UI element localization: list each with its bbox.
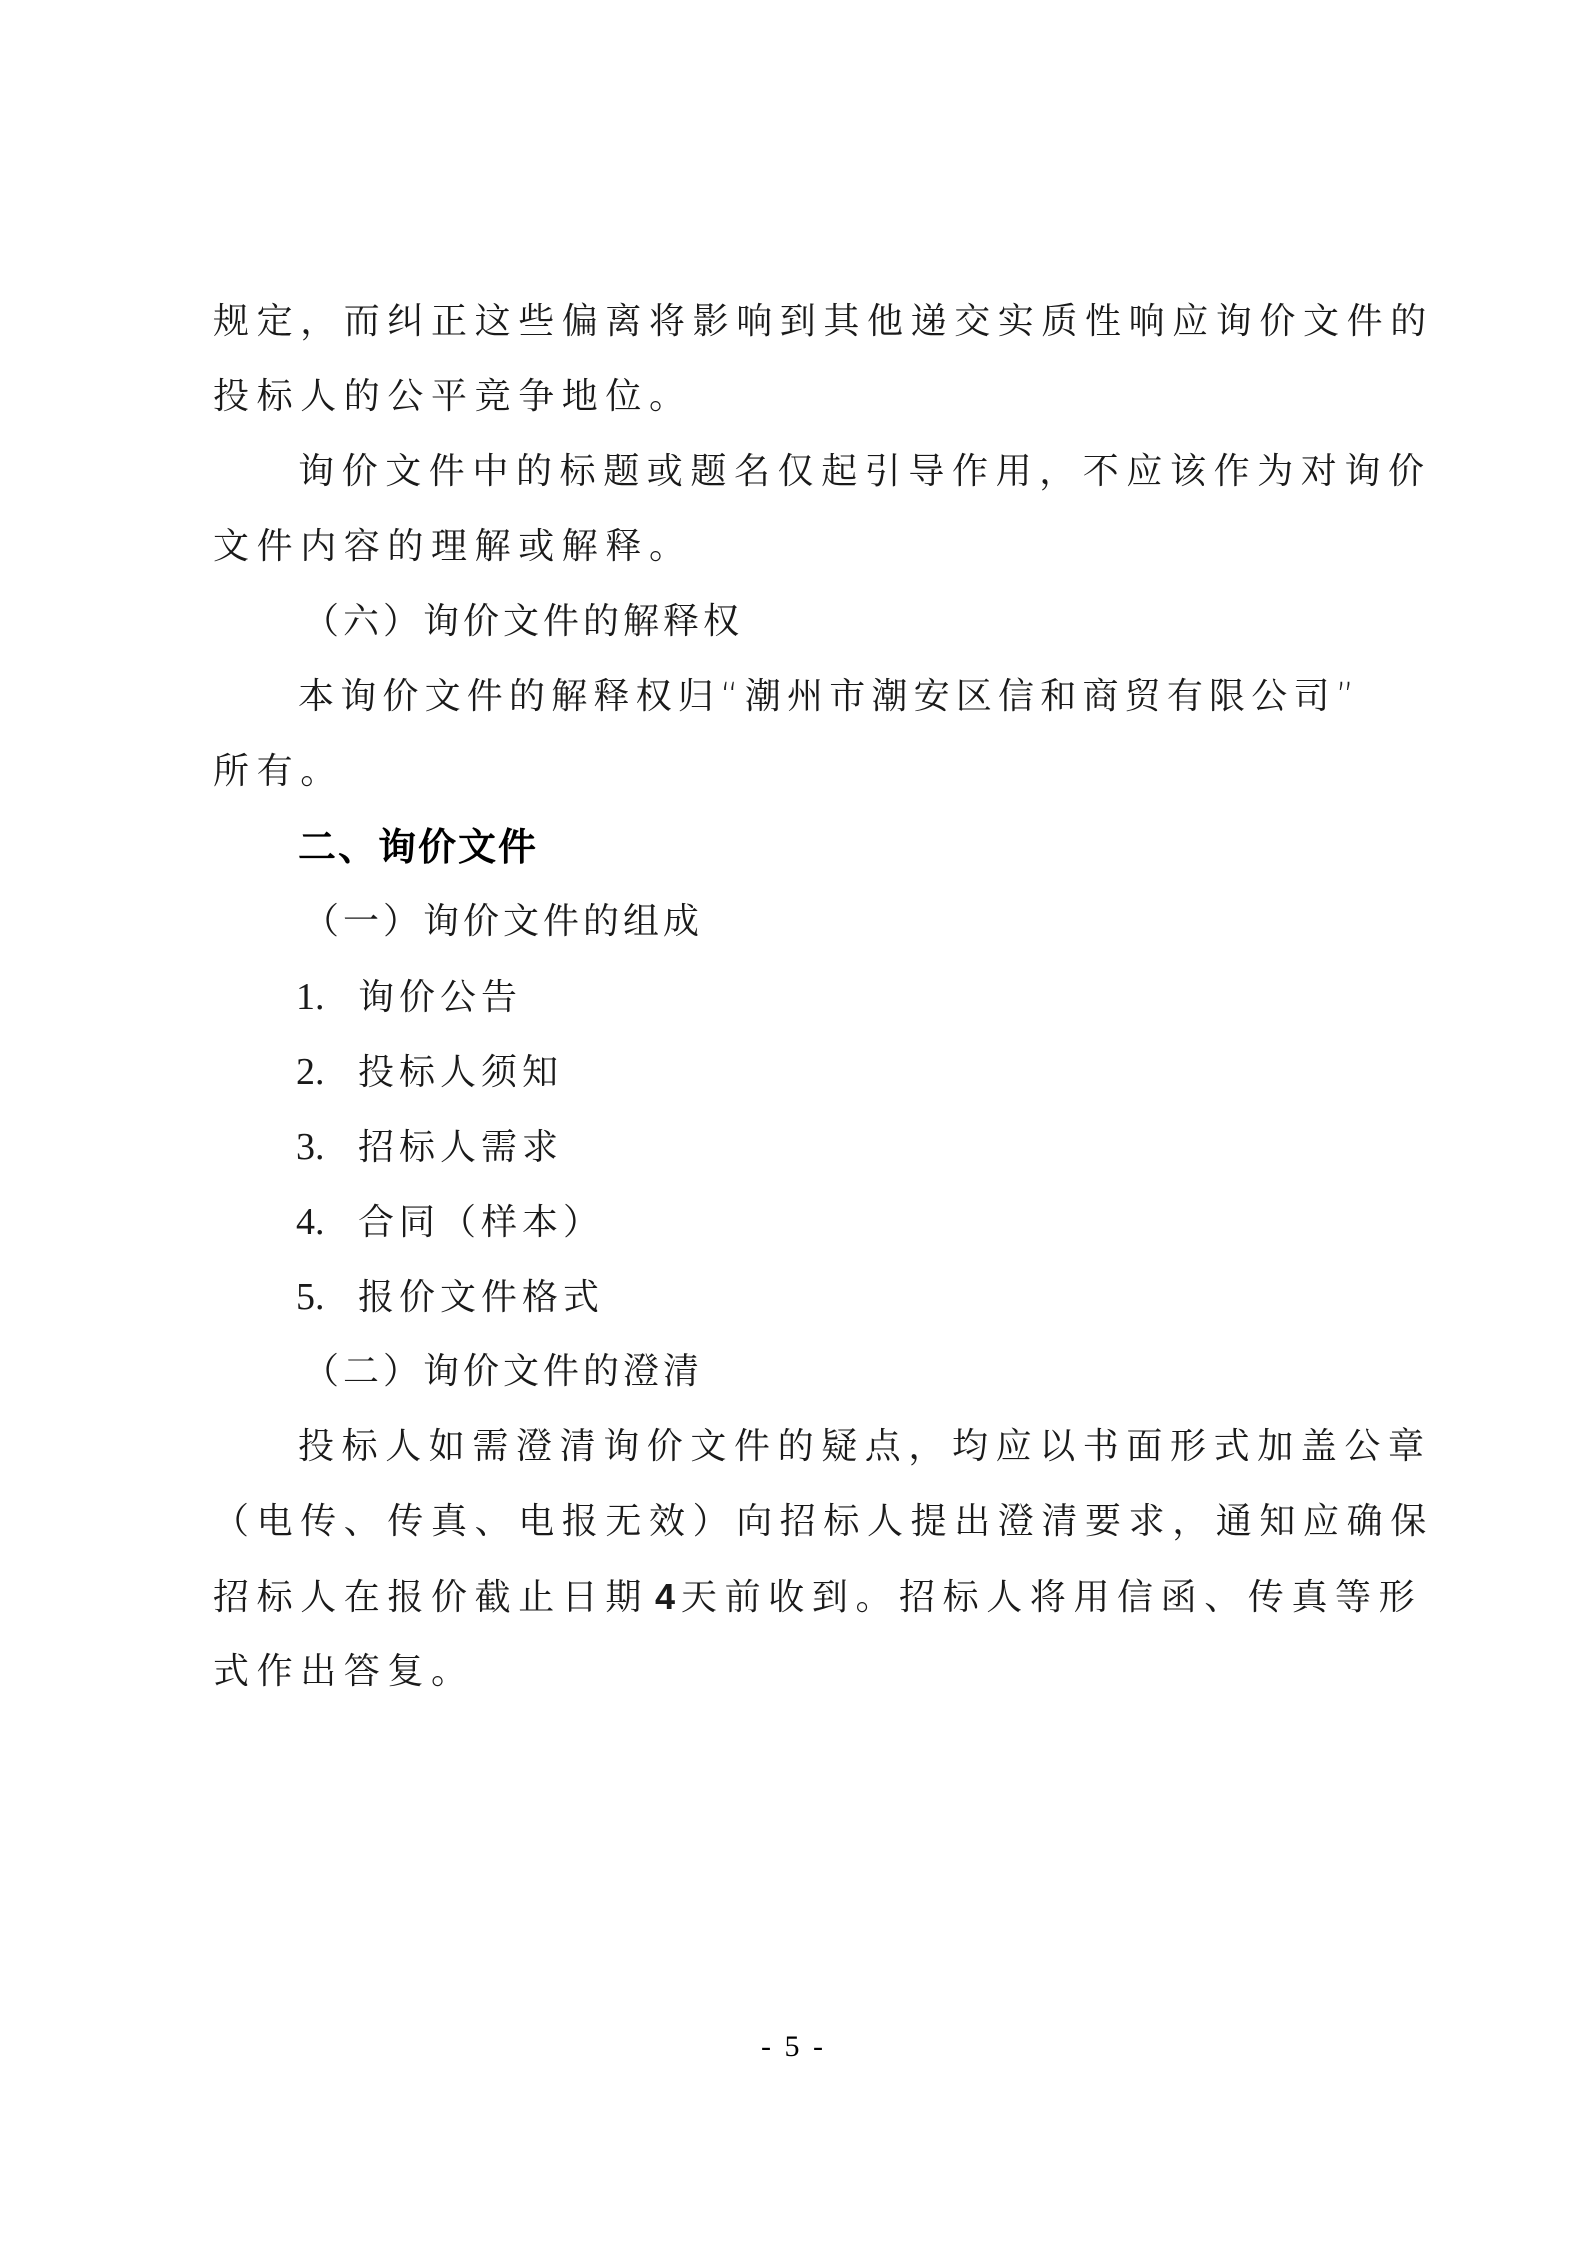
subsection-heading-interpretation: （六）询价文件的解释权	[303, 600, 743, 644]
list-label: 投标人须知	[358, 1052, 563, 1093]
days-number: 4	[655, 1576, 675, 1617]
paragraph-line: 本询价文件的解释权归“潮州市潮安区信和商贸有限公司”	[298, 675, 1361, 719]
list-label: 招标人需求	[358, 1127, 563, 1168]
list-number: 2.	[296, 1050, 358, 1094]
list-item: 4.合同（样本）	[296, 1200, 604, 1245]
paragraph-line: 询价文件中的标题或题名仅起引导作用，不应该作为对询价	[298, 450, 1432, 494]
paragraph-line: 投标人如需澄清询价文件的疑点，均应以书面形式加盖公章	[298, 1425, 1432, 1469]
subsection-heading-clarification: （二）询价文件的澄清	[303, 1350, 703, 1394]
text-run: 天前收到。招标人将用信函、传真等形	[681, 1577, 1422, 1618]
paragraph-line: （电传、传真、电报无效）向招标人提出澄清要求，通知应确保	[213, 1500, 1434, 1544]
list-label: 合同（样本）	[358, 1202, 604, 1243]
paragraph-line: 式作出答复。	[213, 1650, 475, 1694]
paragraph-line: 所有。	[213, 750, 344, 794]
page-number: - 5 -	[0, 2030, 1587, 2064]
list-item: 2.投标人须知	[296, 1050, 563, 1095]
subsection-heading-composition: （一）询价文件的组成	[303, 900, 703, 944]
list-number: 1.	[296, 975, 358, 1019]
list-number: 3.	[296, 1125, 358, 1169]
list-label: 报价文件格式	[358, 1277, 604, 1318]
list-label: 询价公告	[358, 977, 522, 1018]
section-heading-inquiry-document: 二、询价文件	[298, 825, 538, 869]
list-item: 1.询价公告	[296, 975, 522, 1020]
list-item: 3.招标人需求	[296, 1125, 563, 1170]
paragraph-line: 招标人在报价截止日期4天前收到。招标人将用信函、传真等形	[213, 1575, 1422, 1620]
document-page: 规定，而纠正这些偏离将影响到其他递交实质性响应询价文件的 投标人的公平竞争地位。…	[0, 0, 1587, 2245]
paragraph-line: 规定，而纠正这些偏离将影响到其他递交实质性响应询价文件的	[213, 300, 1434, 344]
list-number: 5.	[296, 1275, 358, 1319]
list-number: 4.	[296, 1200, 358, 1244]
list-item: 5.报价文件格式	[296, 1275, 604, 1320]
text-run: 招标人在报价截止日期	[213, 1577, 649, 1618]
paragraph-line: 投标人的公平竞争地位。	[213, 375, 693, 419]
paragraph-line: 文件内容的理解或解释。	[213, 525, 693, 569]
